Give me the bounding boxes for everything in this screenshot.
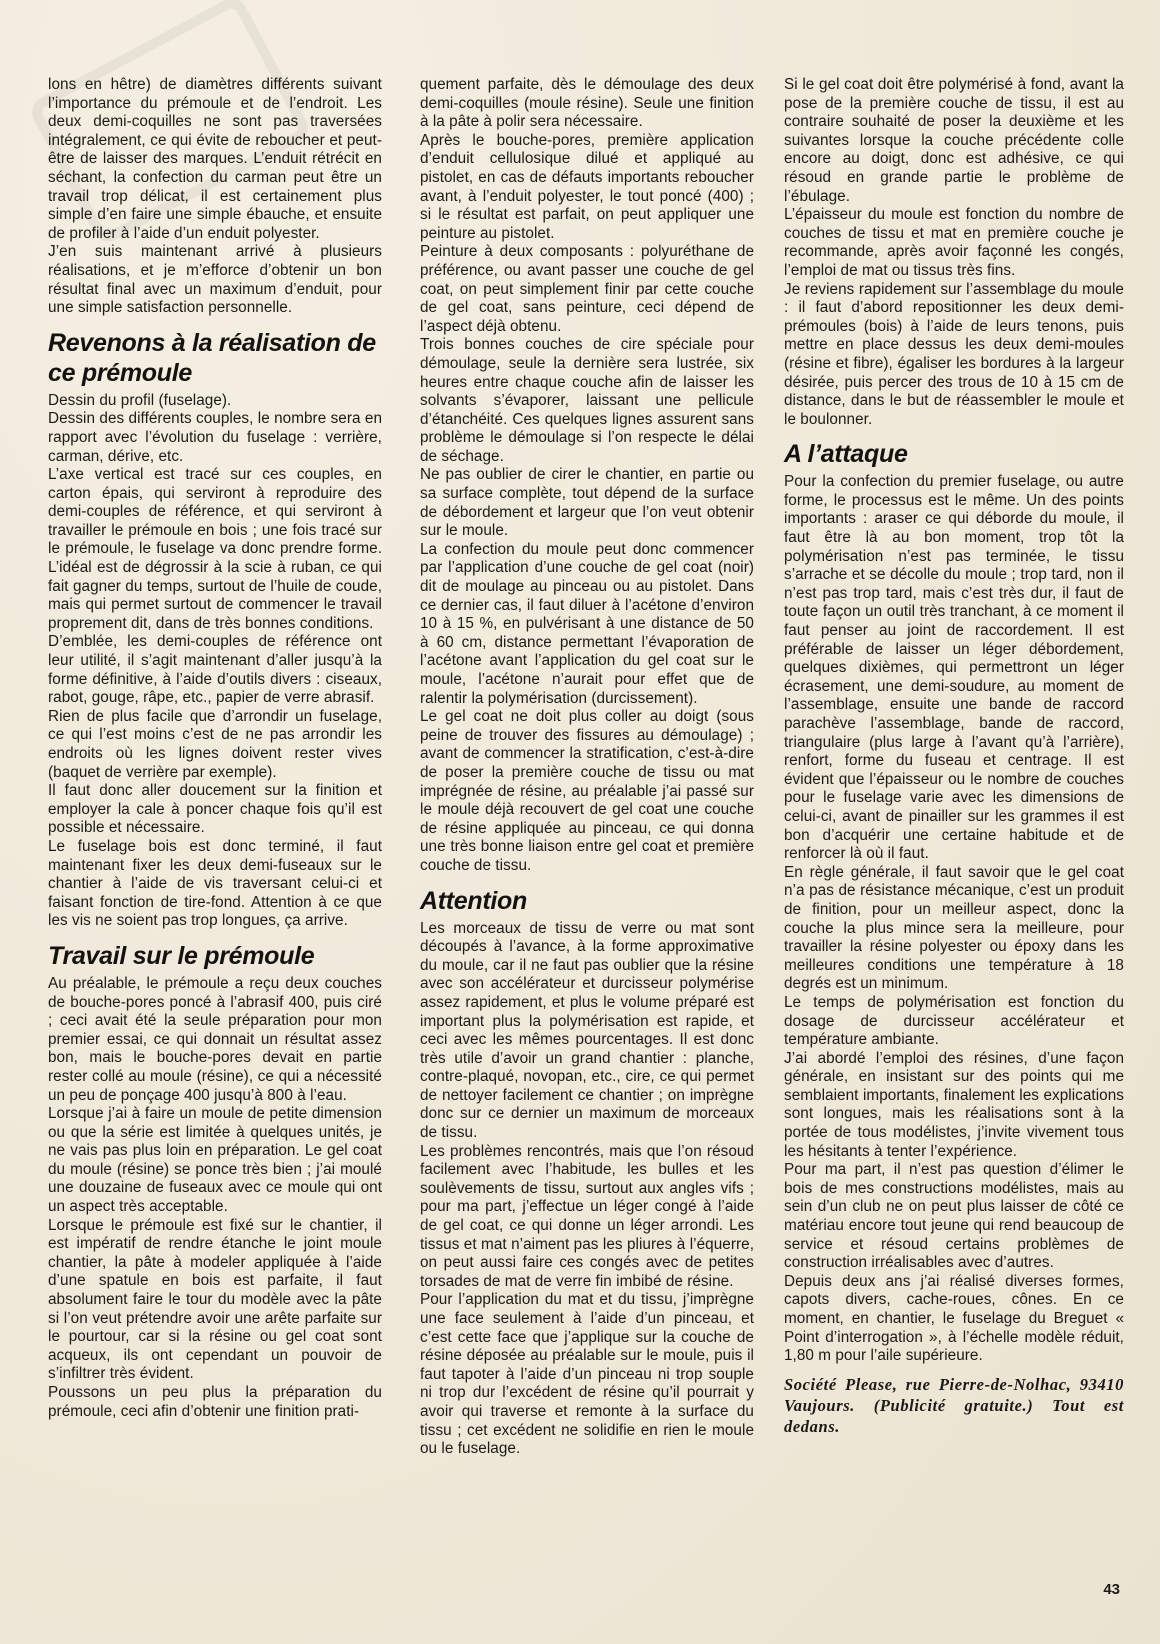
page-number: 43 [1103,1581,1120,1598]
body-paragraph: Le fuselage bois est donc terminé, il fa… [48,838,382,931]
body-paragraph: Depuis deux ans j’ai réalisé diverses fo… [784,1273,1124,1366]
column-3: Si le gel coat doit être polymérisé à fo… [784,76,1124,1437]
magazine-page: lons en hêtre) de diamètres différents s… [48,76,1128,1576]
body-paragraph: quement parfaite, dès le démoulage des d… [420,76,754,132]
body-paragraph: L’épaisseur du moule est fonction du nom… [784,206,1124,280]
supplier-credit: Société Please, rue Pierre-de-Nolhac, 93… [784,1374,1124,1437]
section-heading: Attention [420,886,754,916]
body-paragraph: Dessin des différents couples, le nombre… [48,410,382,466]
body-paragraph: Pour la confection du premier fuselage, … [784,473,1124,863]
body-paragraph: J’en suis maintenant arrivé à plusieurs … [48,243,382,317]
body-paragraph: Rien de plus facile que d’arrondir un fu… [48,708,382,782]
body-paragraph: Après le bouche-pores, première applicat… [420,132,754,244]
body-paragraph: L’axe vertical est tracé sur ces couples… [48,466,382,633]
body-paragraph: Le temps de polymérisation est fonction … [784,994,1124,1050]
body-paragraph: J’ai abordé l’emploi des résines, d’une … [784,1050,1124,1162]
body-paragraph: Pour ma part, il n’est pas question d’él… [784,1161,1124,1273]
body-paragraph: Pour l’application du mat et du tissu, j… [420,1291,754,1458]
body-paragraph: lons en hêtre) de diamètres différents s… [48,76,382,243]
body-paragraph: Les morceaux de tissu de verre ou mat so… [420,920,754,1143]
body-paragraph: Poussons un peu plus la préparation du p… [48,1384,382,1421]
body-paragraph: Je reviens rapidement sur l’assemblage d… [784,281,1124,430]
body-paragraph: La confection du moule peut donc commenc… [420,541,754,708]
body-paragraph: Lorsque j’ai à faire un moule de petite … [48,1105,382,1217]
body-paragraph: Trois bonnes couches de cire spéciale po… [420,336,754,466]
section-heading: Revenons à la réalisation de ce prémoule [48,328,382,388]
body-paragraph: Dessin du profil (fuselage). [48,392,382,411]
section-heading: Travail sur le prémoule [48,941,382,971]
body-paragraph: Peinture à deux composants : polyuréthan… [420,243,754,336]
body-paragraph: D’emblée, les demi-couples de référence … [48,633,382,707]
body-paragraph: Les problèmes rencontrés, mais que l’on … [420,1143,754,1292]
body-paragraph: Au préalable, le prémoule a reçu deux co… [48,975,382,1105]
body-paragraph: Ne pas oublier de cirer le chantier, en … [420,466,754,540]
column-1: lons en hêtre) de diamètres différents s… [48,76,382,1421]
body-paragraph: Il faut donc aller doucement sur la fini… [48,782,382,838]
section-heading: A l’attaque [784,439,1124,469]
body-paragraph: Le gel coat ne doit plus coller au doigt… [420,708,754,875]
body-paragraph: Lorsque le prémoule est fixé sur le chan… [48,1217,382,1384]
column-2: quement parfaite, dès le démoulage des d… [420,76,754,1459]
body-paragraph: Si le gel coat doit être polymérisé à fo… [784,76,1124,206]
body-paragraph: En règle générale, il faut savoir que le… [784,864,1124,994]
